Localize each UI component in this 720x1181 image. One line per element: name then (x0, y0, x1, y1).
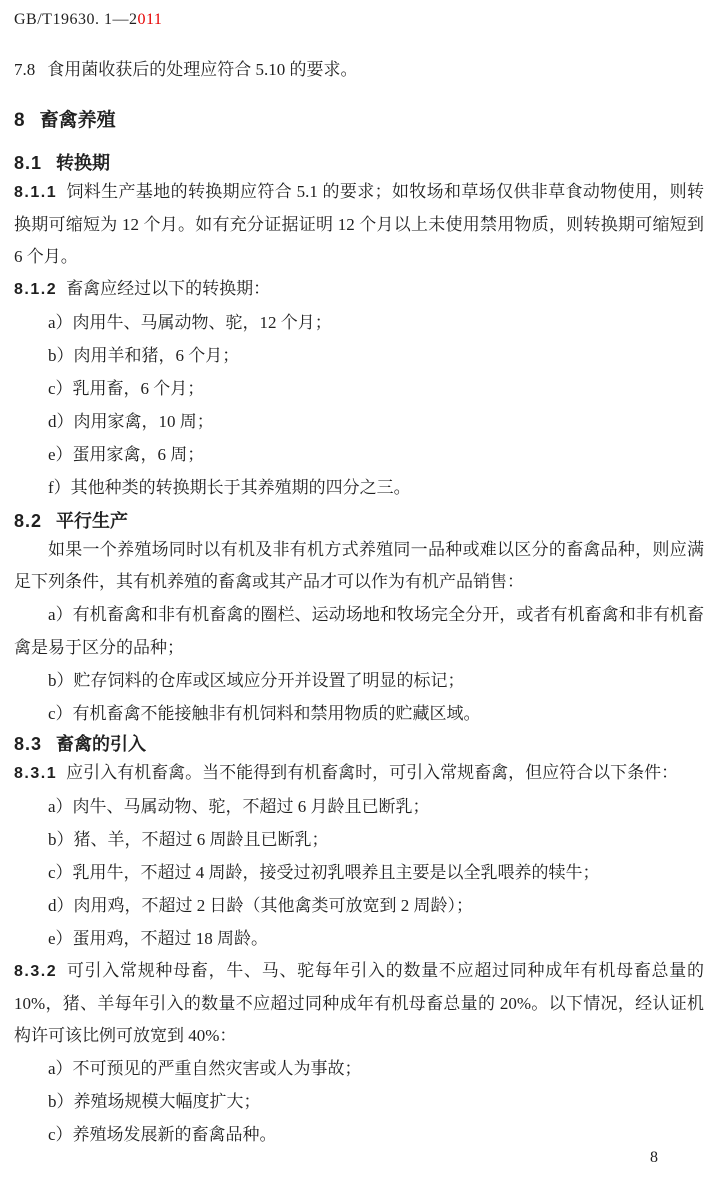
list-item: c）有机畜禽不能接触非有机饲料和禁用物质的贮藏区域。 (14, 697, 704, 730)
list-item: a）有机畜禽和非有机畜禽的圈栏、运动场地和牧场完全分开，或者有机畜禽和非有机畜禽… (14, 598, 704, 664)
clause-7-8: 7.8食用菌收获后的处理应符合 5.10 的要求。 (14, 54, 704, 86)
list-item: d）肉用家禽，10 周； (14, 405, 704, 438)
section-number: 8.1 (14, 153, 42, 173)
clause-number: 8.1.1 (14, 184, 57, 201)
section-title: 畜禽的引入 (56, 734, 146, 754)
doc-code: GB/T19630. 1—2011 (14, 10, 704, 30)
section-title: 畜禽养殖 (40, 110, 116, 131)
document-page: GB/T19630. 1—2011 7.8食用菌收获后的处理应符合 5.10 的… (0, 0, 720, 1181)
section-number: 8 (14, 110, 26, 131)
list-item: b）肉用羊和猪，6 个月； (14, 339, 704, 372)
doc-code-black: GB/T19630. 1—2 (14, 11, 137, 28)
list-item: f）其他种类的转换期长于其养殖期的四分之三。 (14, 471, 704, 504)
section-8-2-heading: 8.2平行生产 (14, 509, 704, 534)
doc-code-red: 011 (137, 11, 162, 28)
section-title: 平行生产 (56, 511, 128, 531)
clause-number: 8.1.2 (14, 281, 57, 298)
section-8-3-heading: 8.3畜禽的引入 (14, 732, 704, 757)
section-number: 8.3 (14, 734, 42, 754)
section-8-1-heading: 8.1转换期 (14, 151, 704, 176)
list-item: c）养殖场发展新的畜禽品种。 (14, 1118, 704, 1151)
section-8-2-intro: 如果一个养殖场同时以有机及非有机方式养殖同一品种或难以区分的畜禽品种，则应满足下… (14, 534, 704, 598)
list-item: b）猪、羊，不超过 6 周龄且已断乳； (14, 823, 704, 856)
list-item: a）肉牛、马属动物、驼，不超过 6 月龄且已断乳； (14, 790, 704, 823)
page-number: 8 (650, 1149, 658, 1167)
clause-text: 畜禽应经过以下的转换期： (66, 279, 270, 298)
clause-8-3-2: 8.3.2可引入常规种母畜，牛、马、驼每年引入的数量不应超过同种成年有机母畜总量… (14, 955, 704, 1052)
section-title: 转换期 (56, 153, 110, 173)
clause-8-3-1: 8.3.1应引入有机畜禽。当不能得到有机畜禽时，可引入常规畜禽，但应符合以下条件… (14, 757, 704, 790)
list-item: a）不可预见的严重自然灾害或人为事故； (14, 1052, 704, 1085)
clause-8-1-1: 8.1.1饲料生产基地的转换期应符合 5.1 的要求；如牧场和草场仅供非草食动物… (14, 176, 704, 273)
list-item: b）贮存饲料的仓库或区域应分开并设置了明显的标记； (14, 664, 704, 697)
clause-number: 7.8 (14, 60, 35, 79)
section-number: 8.2 (14, 511, 42, 531)
list-item: b）养殖场规模大幅度扩大； (14, 1085, 704, 1118)
clause-number: 8.3.2 (14, 963, 57, 980)
clause-text: 可引入常规种母畜，牛、马、驼每年引入的数量不应超过同种成年有机母畜总量的 10%… (14, 961, 704, 1045)
list-item: c）乳用畜，6 个月； (14, 372, 704, 405)
list-item: e）蛋用家禽，6 周； (14, 438, 704, 471)
list-item: d）肉用鸡，不超过 2 日龄（其他禽类可放宽到 2 周龄）； (14, 889, 704, 922)
clause-text: 食用菌收获后的处理应符合 5.10 的要求。 (47, 60, 357, 79)
list-item: a）肉用牛、马属动物、驼，12 个月； (14, 306, 704, 339)
clause-8-1-2: 8.1.2畜禽应经过以下的转换期： (14, 273, 704, 306)
list-item: c）乳用牛，不超过 4 周龄，接受过初乳喂养且主要是以全乳喂养的犊牛； (14, 856, 704, 889)
clause-text: 应引入有机畜禽。当不能得到有机畜禽时，可引入常规畜禽，但应符合以下条件： (66, 763, 678, 782)
section-8-heading: 8畜禽养殖 (14, 108, 704, 134)
list-item: e）蛋用鸡，不超过 18 周龄。 (14, 922, 704, 955)
clause-text: 饲料生产基地的转换期应符合 5.1 的要求；如牧场和草场仅供非草食动物使用，则转… (14, 182, 704, 266)
clause-number: 8.3.1 (14, 765, 57, 782)
